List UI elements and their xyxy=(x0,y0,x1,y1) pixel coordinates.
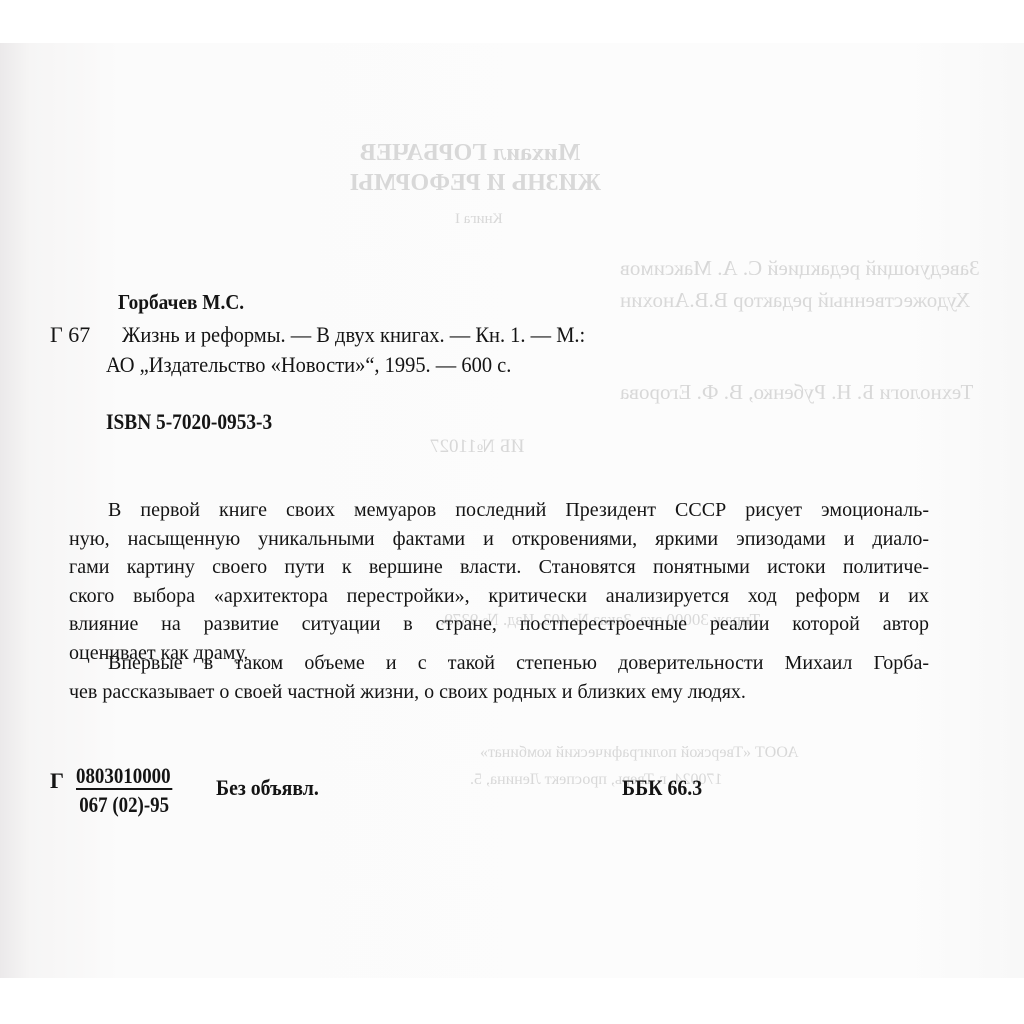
isbn: ISBN 5-7020-0953-3 xyxy=(106,409,272,435)
footer-letter: Г xyxy=(50,768,64,794)
fraction-denominator: 067 (02)-95 xyxy=(76,790,172,820)
text-line: влияние на развитие ситуации в стране, п… xyxy=(69,610,929,639)
text-line: ского выбора «архитектора перестройки», … xyxy=(69,582,929,611)
bleed-through-text: АООТ «Тверской полиграфический комбинат» xyxy=(480,744,799,762)
bbk-code: ББК 66.3 xyxy=(622,775,702,801)
bibliographic-publisher: АО „Издательство «Новости»“, 1995. — 600… xyxy=(106,352,511,378)
bleed-through-text: ИБ №11027 xyxy=(430,436,524,458)
publisher-index-fraction: 0803010000 067 (02)-95 xyxy=(76,764,172,820)
no-ads-note: Без объявл. xyxy=(216,775,319,801)
bleed-through-text: Технологи Б. Н. Рубенко, В. Ф. Егорова xyxy=(620,380,973,405)
annotation-paragraph-1: В первой книге своих мемуаров последний … xyxy=(69,496,929,667)
text-line: гами картину своего пути к вершине власт… xyxy=(69,553,929,582)
text-line: ную, насыщенную уникальными фактами и от… xyxy=(69,525,929,554)
bleed-through-text: Художественный редактор В.В.Анохин xyxy=(620,288,970,313)
text-line: чев рассказывает о своей частной жизни, … xyxy=(69,678,929,707)
author-name: Горбачев М.С. xyxy=(118,290,244,315)
annotation-paragraph-2: Впервые в таком объеме и с такой степень… xyxy=(69,649,929,706)
fraction-numerator: 0803010000 xyxy=(76,764,172,790)
text-line: Впервые в таком объеме и с такой степень… xyxy=(69,649,929,678)
bleed-through-text: Книга I xyxy=(455,211,503,228)
bleed-through-text: Заведующий редакцией С. А. Максимов xyxy=(620,256,980,281)
bleed-through-text: Михаил ГОРБАЧЕВ xyxy=(360,140,580,167)
classification-code: Г 67 xyxy=(50,322,90,348)
bibliographic-title: Жизнь и реформы. — В двух книгах. — Кн. … xyxy=(122,322,585,348)
text-line: В первой книге своих мемуаров последний … xyxy=(69,496,929,525)
bleed-through-text: ЖИЗНЬ И РЕФОРМЫ xyxy=(350,170,601,197)
